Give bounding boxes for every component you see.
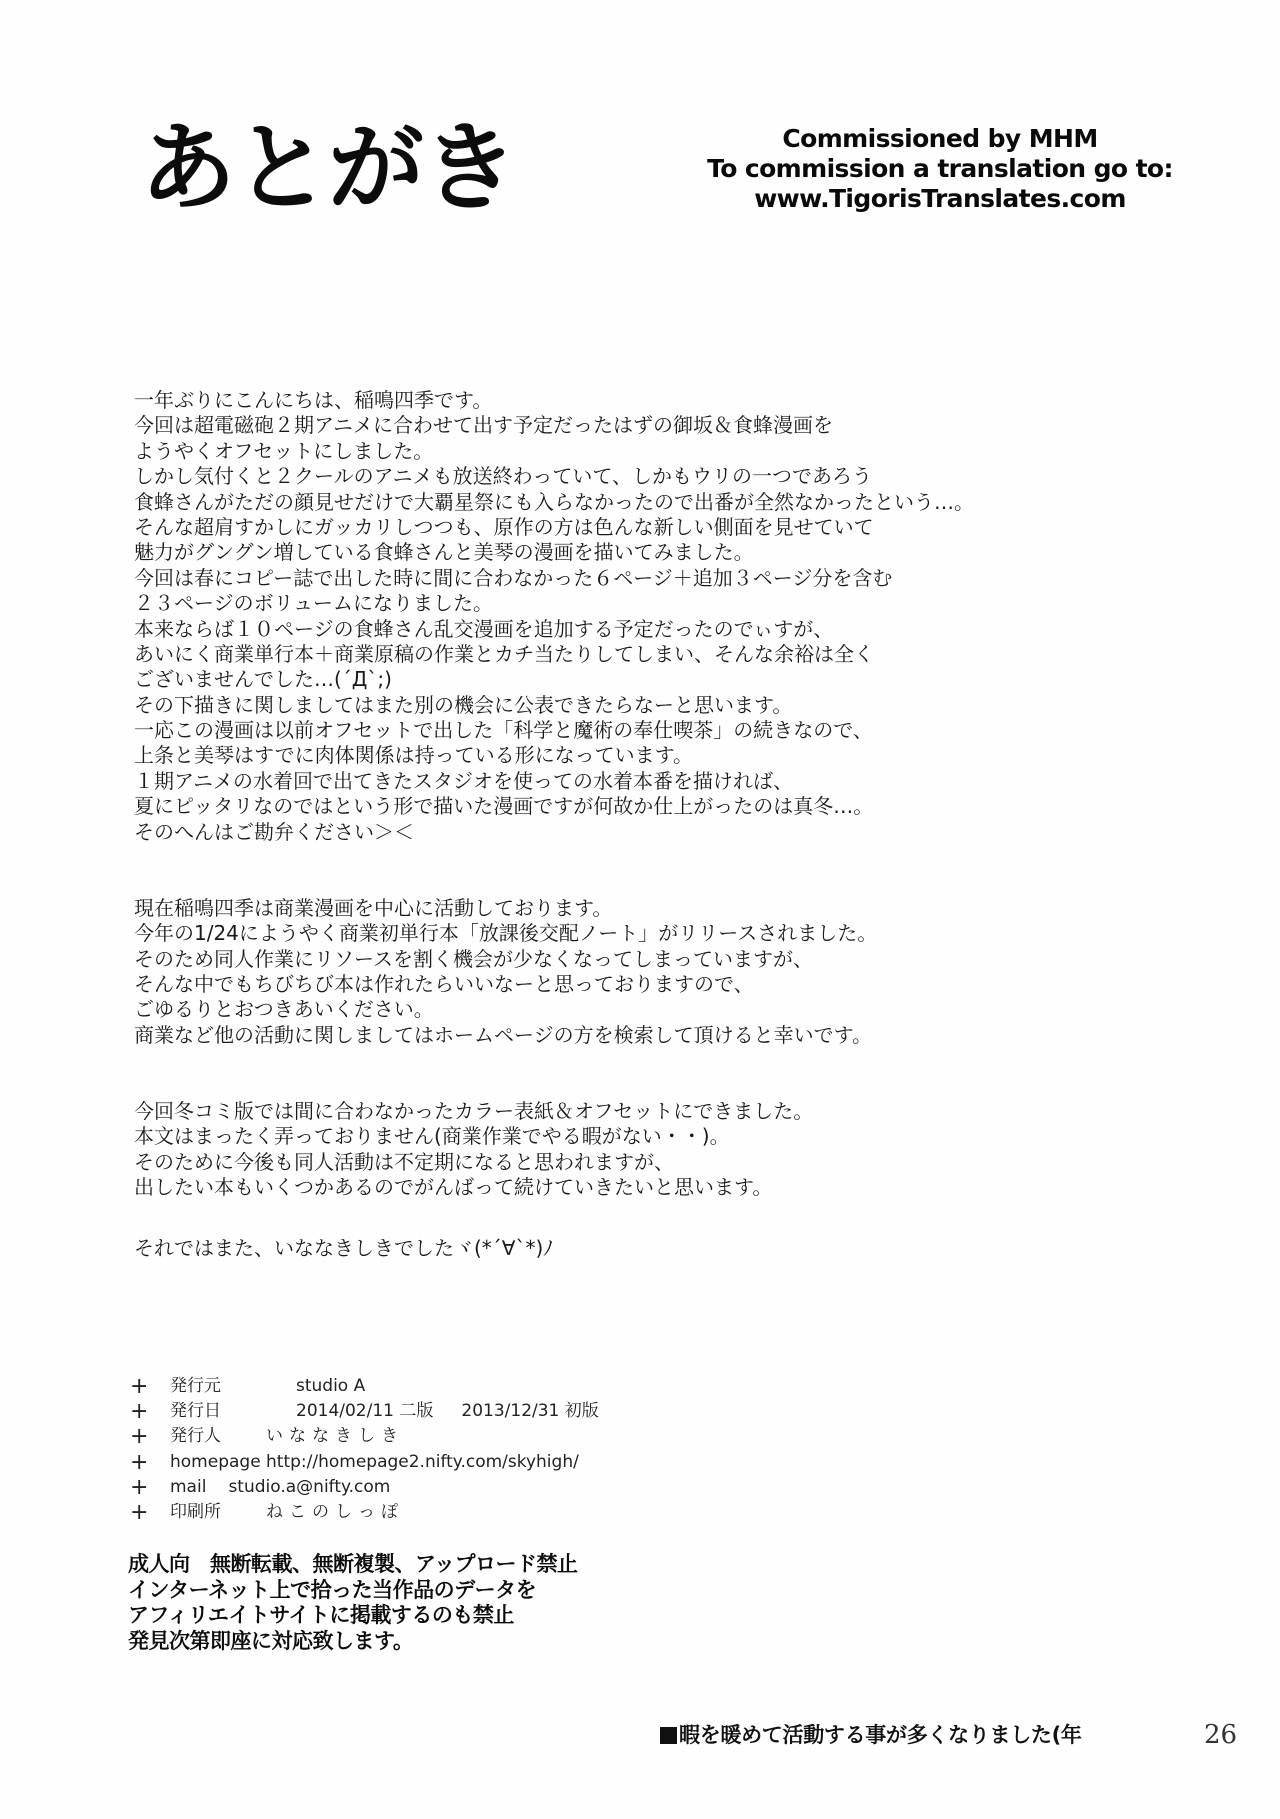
afterword-page: あとがき Commissioned by MHM To commission a…: [0, 0, 1280, 1819]
text-line: そのへんはご勘弁ください＞＜: [134, 820, 1194, 845]
colophon-row-printer: + 印刷所 ねこのしっぽ: [130, 1500, 599, 1525]
text-line: 一年ぶりにこんにちは、稲鳴四季です。: [134, 388, 1194, 413]
colophon-row-mail: + mail studio.a@nifty.com: [130, 1475, 599, 1500]
plus-bullet-icon: +: [130, 1450, 170, 1475]
credit-line-commissioned: Commissioned by MHM: [690, 124, 1190, 154]
footer-caption-text: 暇を暖めて活動する事が多くなりました(年: [679, 1723, 1082, 1747]
text-line: 食蜂さんがただの顔見せだけで大覇星祭にも入らなかったので出番が全然なかったという…: [134, 490, 1194, 515]
text-line: そんな中でもちびちび本は作れたらいいなーと思っておりますので、: [134, 972, 1194, 997]
text-line: その下描きに関しましてはまた別の機会に公表できたらなーと思います。: [134, 693, 1194, 718]
notice-line: 発見次第即座に対応致します。: [128, 1629, 578, 1655]
colophon-label: 発行日: [170, 1399, 296, 1424]
closing-paragraph: それではまた、いななきしきでしたヾ(*´∀`*)ﾉ: [134, 1236, 1194, 1261]
text-line: 夏にピッタリなのではという形で描いた漫画ですが何故か仕上がったのは真冬…。: [134, 794, 1194, 819]
plus-bullet-icon: +: [130, 1475, 170, 1500]
text-line: 今回は春にコピー誌で出した時に間に合わなかった６ページ＋追加３ページ分を含む: [134, 566, 1194, 591]
colophon-label: 発行元: [170, 1374, 296, 1399]
text-line: ございませんでした…(´Д`;): [134, 667, 1194, 692]
plus-bullet-icon: +: [130, 1374, 170, 1399]
homepage-link[interactable]: http://homepage2.nifty.com/skyhigh/: [266, 1450, 579, 1475]
colophon: + 発行元 studio A + 発行日 2014/02/11 二版 2013/…: [130, 1374, 599, 1525]
colophon-row-homepage: + homepage http://homepage2.nifty.com/sk…: [130, 1450, 599, 1475]
paragraph-3: 今回冬コミ版では間に合わなかったカラー表紙＆オフセットにできました。 本文はまっ…: [134, 1099, 1194, 1201]
text-line: 本文はまったく弄っておりません(商業作業でやる暇がない・・)。: [134, 1124, 1194, 1149]
paragraph-spacer: [134, 1048, 1194, 1099]
colophon-value-first-edition: 2013/12/31 初版: [461, 1399, 598, 1424]
text-line: しかし気付くと２クールのアニメも放送終わっていて、しかもウリの一つであろう: [134, 464, 1194, 489]
notice-line: インターネット上で拾った当作品のデータを: [128, 1578, 578, 1604]
paragraph-1: 一年ぶりにこんにちは、稲鳴四季です。 今回は超電磁砲２期アニメに合わせて出す予定…: [134, 388, 1194, 845]
credit-line-website: www.TigorisTranslates.com: [690, 184, 1190, 214]
text-line: ようやくオフセットにしました。: [134, 439, 1194, 464]
plus-bullet-icon: +: [130, 1500, 170, 1525]
text-line: 今回冬コミ版では間に合わなかったカラー表紙＆オフセットにできました。: [134, 1099, 1194, 1124]
notice-line: アフィリエイトサイトに掲載するのも禁止: [128, 1603, 578, 1629]
notice-line: 成人向 無断転載、無断複製、アップロード禁止: [128, 1552, 578, 1578]
text-line: 今回は超電磁砲２期アニメに合わせて出す予定だったはずの御坂＆食蜂漫画を: [134, 413, 1194, 438]
text-line: ごゆるりとおつきあいください。: [134, 997, 1194, 1022]
colophon-row-publisher: + 発行元 studio A: [130, 1374, 599, 1399]
text-line: 商業など他の活動に関しましてはホームページの方を検索して頂けると幸いです。: [134, 1023, 1194, 1048]
colophon-label: mail: [170, 1475, 206, 1500]
text-line: 一応この漫画は以前オフセットで出した「科学と魔術の奉仕喫茶」の続きなので、: [134, 718, 1194, 743]
afterword-body: 一年ぶりにこんにちは、稲鳴四季です。 今回は超電磁砲２期アニメに合わせて出す予定…: [134, 388, 1194, 1261]
text-line: 今年の1/24にようやく商業初単行本「放課後交配ノート」がリリースされました。: [134, 921, 1194, 946]
colophon-value: いななきしき: [266, 1424, 404, 1449]
copyright-notice: 成人向 無断転載、無断複製、アップロード禁止 インターネット上で拾った当作品のデ…: [128, 1552, 578, 1654]
colophon-label: 発行人: [170, 1424, 266, 1449]
spacer: [433, 1399, 461, 1424]
credit-line-commission-info: To commission a translation go to:: [690, 154, 1190, 184]
text-line: そのために今後も同人活動は不定期になると思われますが、: [134, 1150, 1194, 1175]
text-line: 魅力がグングン増している食蜂さんと美琴の漫画を描いてみました。: [134, 540, 1194, 565]
text-line: 上条と美琴はすでに肉体関係は持っている形になっています。: [134, 743, 1194, 768]
colophon-row-author: + 発行人 いななきしき: [130, 1424, 599, 1449]
text-line: 出したい本もいくつかあるのでがんばって続けていきたいと思います。: [134, 1175, 1194, 1200]
colophon-value: studio A: [296, 1374, 365, 1399]
colophon-row-date: + 発行日 2014/02/11 二版 2013/12/31 初版: [130, 1399, 599, 1424]
text-line: そのため同人作業にリソースを割く機会が少なくなってしまっていますが、: [134, 947, 1194, 972]
text-line: 本来ならば１０ページの食蜂さん乱交漫画を追加する予定だったのでぃすが、: [134, 617, 1194, 642]
closing-line: それではまた、いななきしきでしたヾ(*´∀`*)ﾉ: [134, 1236, 1194, 1261]
text-line: 現在稲鳴四季は商業漫画を中心に活動しております。: [134, 896, 1194, 921]
text-line: ２３ページのボリュームになりました。: [134, 591, 1194, 616]
text-line: そんな超肩すかしにガッカリしつつも、原作の方は色んな新しい側面を見せていて: [134, 515, 1194, 540]
page-number: 26: [1204, 1720, 1237, 1750]
colophon-label: homepage: [170, 1450, 266, 1475]
colophon-value: ねこのしっぽ: [266, 1500, 404, 1525]
paragraph-spacer: [134, 1201, 1194, 1236]
colophon-value-second-edition: 2014/02/11 二版: [296, 1399, 433, 1424]
colophon-label: 印刷所: [170, 1500, 266, 1525]
text-line: １期アニメの水着回で出てきたスタジオを使っての水着本番を描ければ、: [134, 769, 1194, 794]
text-line: あいにく商業単行本＋商業原稿の作業とカチ当たりしてしまい、そんな余裕は全く: [134, 642, 1194, 667]
footer-caption: 暇を暖めて活動する事が多くなりました(年: [660, 1722, 1082, 1748]
plus-bullet-icon: +: [130, 1399, 170, 1424]
black-square-icon: [660, 1727, 677, 1744]
plus-bullet-icon: +: [130, 1424, 170, 1449]
paragraph-spacer: [134, 845, 1194, 896]
mail-link[interactable]: studio.a@nifty.com: [228, 1475, 390, 1500]
translation-credit: Commissioned by MHM To commission a tran…: [690, 124, 1190, 214]
paragraph-2: 現在稲鳴四季は商業漫画を中心に活動しております。 今年の1/24にようやく商業初…: [134, 896, 1194, 1048]
page-title: あとがき: [140, 108, 516, 228]
